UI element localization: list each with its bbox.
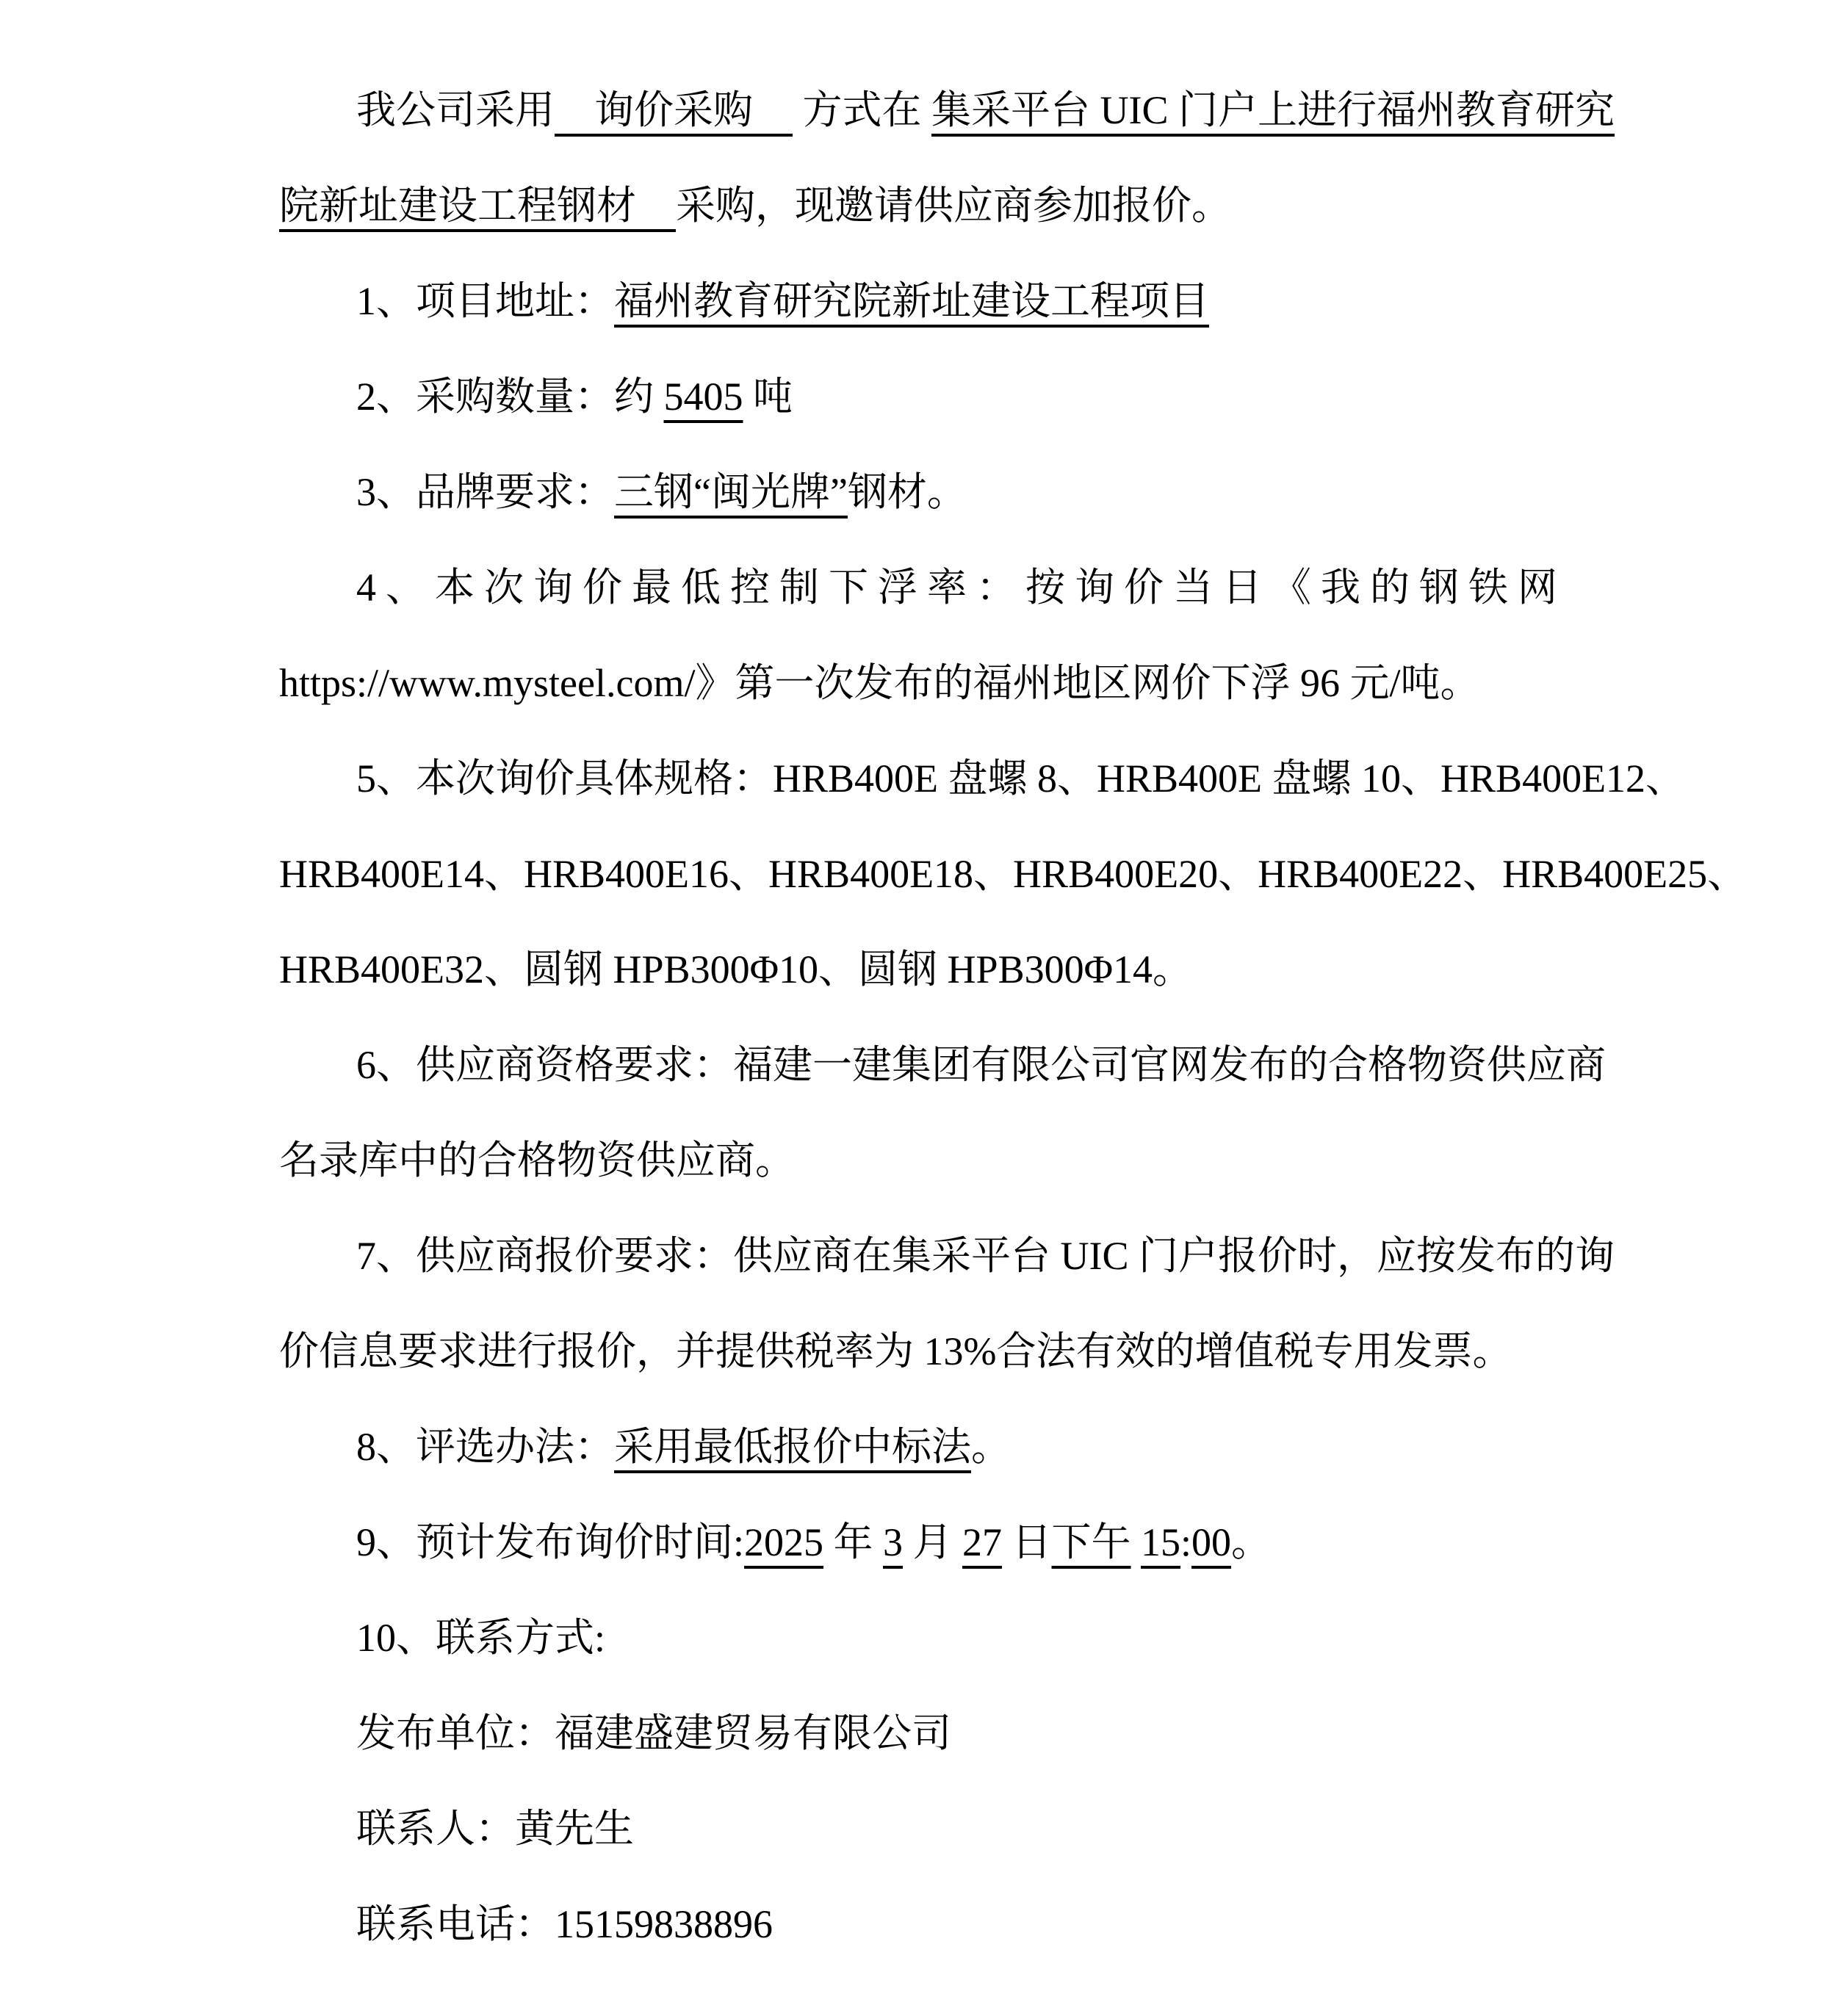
text: HRB400E14、HRB400E16、HRB400E18、HRB400E20、… (279, 852, 1747, 896)
underlined-minute: 00 (1191, 1520, 1231, 1564)
item-7-quote-requirement-line-2: 价信息要求进行报价，并提供税率为 13%合法有效的增值税专用发票。 (279, 1304, 1571, 1399)
item-5-specs-line-1: 5、本次询价具体规格：HRB400E 盘螺 8、HRB400E 盘螺 10、HR… (279, 731, 1571, 826)
text: 月 (903, 1520, 962, 1564)
contact-person: 联系人：黄先生 (279, 1781, 1571, 1876)
item-8-selection-method: 8、评选办法：采用最低报价中标法。 (279, 1399, 1571, 1495)
text: 10、联系方式: (356, 1616, 605, 1660)
underlined-month: 3 (883, 1520, 903, 1564)
underlined-platform-project: 集采平台 UIC 门户上进行福州教育研究 (931, 88, 1615, 132)
underlined-year: 2025 (744, 1520, 823, 1564)
text: : (1180, 1520, 1191, 1564)
publisher-name: 发布单位：福建盛建贸易有限公司 (356, 1711, 951, 1755)
underlined-hour: 15 (1141, 1520, 1180, 1564)
contact-phone: 联系电话：15159838896 (279, 1876, 1571, 1972)
document-page: 我公司采用 询价采购 方式在 集采平台 UIC 门户上进行福州教育研究 院新址建… (0, 0, 1821, 2016)
item-4-floor-rate-line-2: https://www.mysteel.com/》第一次发布的福州地区网价下浮 … (279, 635, 1571, 731)
text: 9、预计发布询价时间: (356, 1520, 744, 1564)
text: 3、品牌要求： (356, 470, 614, 514)
intro-line-2: 院新址建设工程钢材 采购，现邀请供应商参加报价。 (279, 158, 1571, 253)
text: 7、供应商报价要求：供应商在集采平台 UIC 门户报价时，应按发布的询 (356, 1234, 1615, 1278)
text: 我公司采用 (356, 88, 555, 132)
text: 1、项目地址： (356, 279, 614, 323)
text: 6、供应商资格要求：福建一建集团有限公司官网发布的合格物资供应商 (356, 1043, 1606, 1087)
text: 采购，现邀请供应商参加报价。 (676, 184, 1231, 228)
text: 方式在 (793, 88, 931, 132)
underlined-day: 27 (962, 1520, 1002, 1564)
item-6-qualification-line-2: 名录库中的合格物资供应商。 (279, 1113, 1571, 1208)
mysteel-url-text: https://www.mysteel.com/》第一次发布的福州地区网价下浮 … (279, 661, 1479, 705)
text: 8、评选办法： (356, 1425, 614, 1469)
underlined-blank-inquiry-method: 询价采购 (555, 88, 793, 132)
item-7-quote-requirement-line-1: 7、供应商报价要求：供应商在集采平台 UIC 门户报价时，应按发布的询 (279, 1208, 1571, 1304)
item-5-specs-line-2: HRB400E14、HRB400E16、HRB400E18、HRB400E20、… (279, 826, 1571, 922)
text: 名录库中的合格物资供应商。 (279, 1138, 795, 1182)
text: 价信息要求进行报价，并提供税率为 13%合法有效的增值税专用发票。 (279, 1329, 1512, 1373)
item-9-inquiry-time: 9、预计发布询价时间:2025 年 3 月 27 日下午 15:00。 (279, 1495, 1571, 1590)
item-6-qualification-line-1: 6、供应商资格要求：福建一建集团有限公司官网发布的合格物资供应商 (279, 1017, 1571, 1113)
underlined-project-name: 福州教育研究院新址建设工程项目 (614, 279, 1209, 323)
underlined-brand-name: 三钢“闽光牌” (614, 470, 848, 514)
text: 2、采购数量：约 (356, 375, 664, 419)
text: 吨 (743, 375, 793, 419)
text: 年 (823, 1520, 883, 1564)
intro-line-1: 我公司采用 询价采购 方式在 集采平台 UIC 门户上进行福州教育研究 (279, 62, 1571, 158)
contact-person-name: 联系人：黄先生 (356, 1807, 634, 1851)
text: 。 (1231, 1520, 1271, 1564)
item-2-quantity: 2、采购数量：约 5405 吨 (279, 349, 1571, 444)
item-5-specs-line-3: HRB400E32、圆钢 HPB300Φ10、圆钢 HPB300Φ14。 (279, 922, 1571, 1017)
contact-publisher: 发布单位：福建盛建贸易有限公司 (279, 1686, 1571, 1781)
text: 日 (1002, 1520, 1052, 1564)
text: 5、本次询价具体规格：HRB400E 盘螺 8、HRB400E 盘螺 10、HR… (356, 756, 1685, 801)
contact-phone-number: 联系电话：15159838896 (356, 1902, 773, 1946)
text: 。 (971, 1425, 1011, 1469)
text: HRB400E32、圆钢 HPB300Φ10、圆钢 HPB300Φ14。 (279, 947, 1192, 991)
item-3-brand: 3、品牌要求：三钢“闽光牌”钢材。 (279, 444, 1571, 540)
item-1-project-address: 1、项目地址：福州教育研究院新址建设工程项目 (279, 253, 1571, 349)
text: 钢材。 (848, 470, 967, 514)
text (1131, 1520, 1142, 1564)
text: 4、本次询价最低控制下浮率：按询价当日《我的钢铁网 (356, 566, 1567, 610)
underlined-quantity-value: 5405 (664, 375, 743, 419)
underlined-selection-method: 采用最低报价中标法 (614, 1425, 971, 1469)
underlined-project-steel: 院新址建设工程钢材 (279, 184, 676, 228)
underlined-am-pm: 下午 (1052, 1520, 1131, 1564)
item-10-contact-header: 10、联系方式: (279, 1590, 1571, 1686)
item-4-floor-rate-line-1: 4、本次询价最低控制下浮率：按询价当日《我的钢铁网 (279, 540, 1571, 635)
